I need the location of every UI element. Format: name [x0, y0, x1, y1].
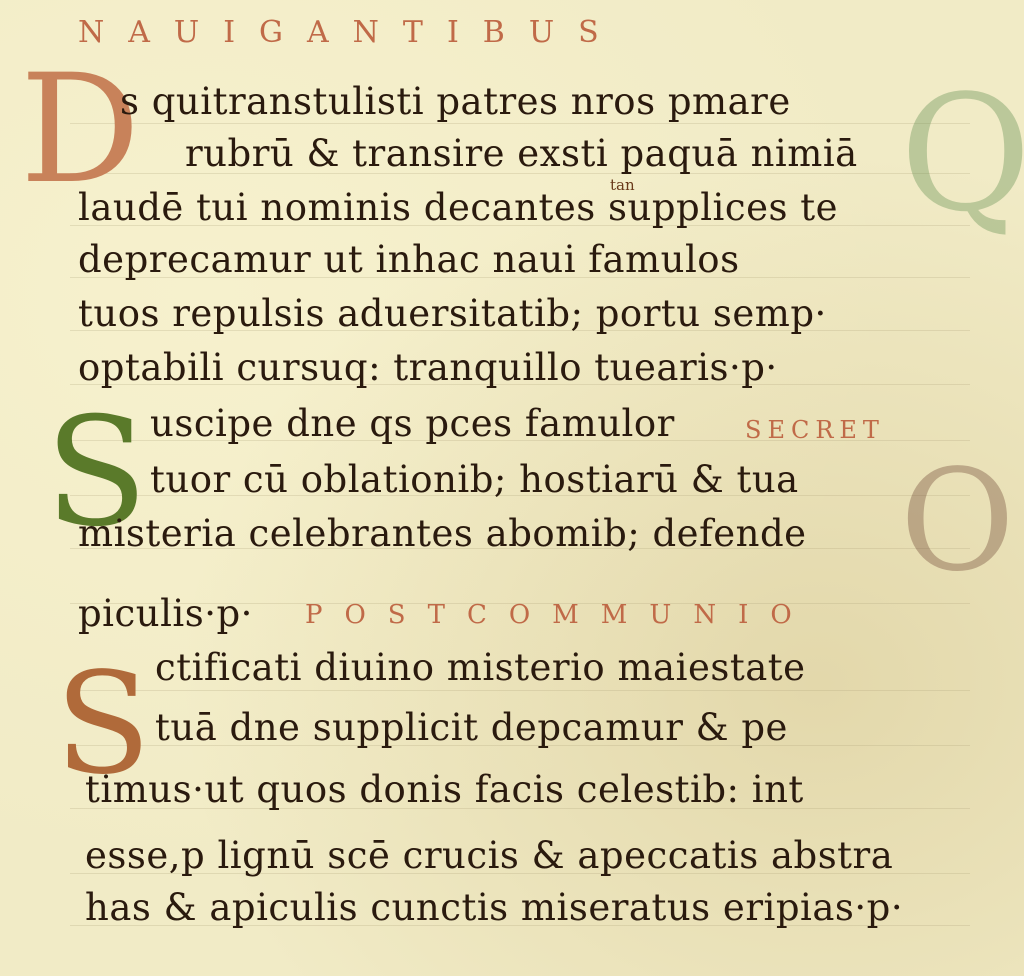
bleed-through-letter: Q — [900, 60, 1024, 247]
text-line: s quitranstulisti patres nros pmare — [120, 80, 791, 123]
text-line: has & apiculis cunctis miseratus eripias… — [85, 886, 903, 929]
rubric-postcommunio: POSTCOMMUNIO — [305, 600, 814, 630]
text-line: ctificati diuino misterio maiestate — [155, 646, 806, 689]
text-line: uscipe dne qs pces famulor — [150, 402, 675, 445]
text-line: esse,p lignū scē crucis & apeccatis abst… — [85, 834, 893, 877]
text-line: tuā dne supplicit depcamur & pe — [155, 706, 788, 749]
rubric-secret: SECRET — [745, 416, 885, 444]
text-line: laudē tui nominis decantes supplices te — [78, 186, 838, 229]
initial-d: D — [20, 55, 140, 205]
text-line: optabili cursuq: tranquillo tuearis·p· — [78, 346, 778, 389]
text-line: deprecamur ut inhac naui famulos — [78, 238, 740, 281]
heading-rubric: NAUIGANTIBUS — [78, 15, 623, 50]
text-line: tuor cū oblationib; hostiarū & tua — [150, 458, 799, 501]
bleed-through-letter: O — [900, 440, 1015, 603]
text-line: timus·ut quos donis facis celestib: int — [85, 768, 804, 811]
text-line: tuos repulsis aduersitatib; portu semp· — [78, 292, 827, 335]
text-line: rubrū & transire exsti paquā nimiā — [185, 132, 858, 175]
text-line: misteria celebrantes abomib; defende — [78, 512, 807, 555]
text-line: piculis·p· — [78, 592, 253, 635]
